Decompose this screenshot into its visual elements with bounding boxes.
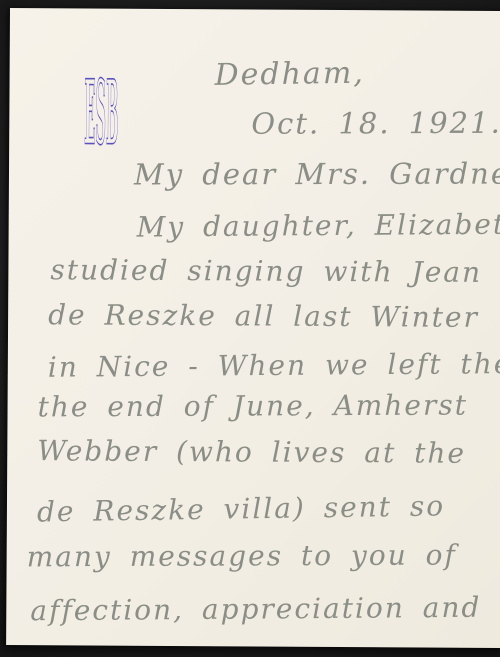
letter-body-line: de Reszke villa) sent so bbox=[37, 492, 446, 526]
esb-monogram-icon: ESB bbox=[83, 75, 119, 147]
letter-body-line: many messages to you of bbox=[27, 541, 457, 571]
letter-salutation: My dear Mrs. Gardner, bbox=[134, 159, 500, 189]
letter-place: Dedham, bbox=[214, 59, 365, 91]
svg-text:ESB: ESB bbox=[84, 75, 119, 147]
letter-body-line: Webber (who lives at the bbox=[37, 437, 466, 468]
letter-body-line: the end of June, Amherst bbox=[38, 392, 468, 422]
letter-body-line: de Reszke all last Winter bbox=[48, 301, 479, 332]
letter-body-line: affection, appreciation and bbox=[30, 594, 481, 626]
letter-body-line: studied singing with Jean bbox=[50, 256, 482, 287]
letter-date: Oct. 18. 1921. bbox=[251, 109, 500, 139]
letter-body-line: in Nice - When we left there bbox=[48, 350, 500, 382]
letter-body-line: My daughter, Elizabeth, bbox=[137, 210, 500, 241]
photo-background: ESB Dedham, Oct. 18. 1921. My dear Mrs. … bbox=[0, 0, 500, 657]
letter-paper: ESB Dedham, Oct. 18. 1921. My dear Mrs. … bbox=[6, 8, 500, 648]
